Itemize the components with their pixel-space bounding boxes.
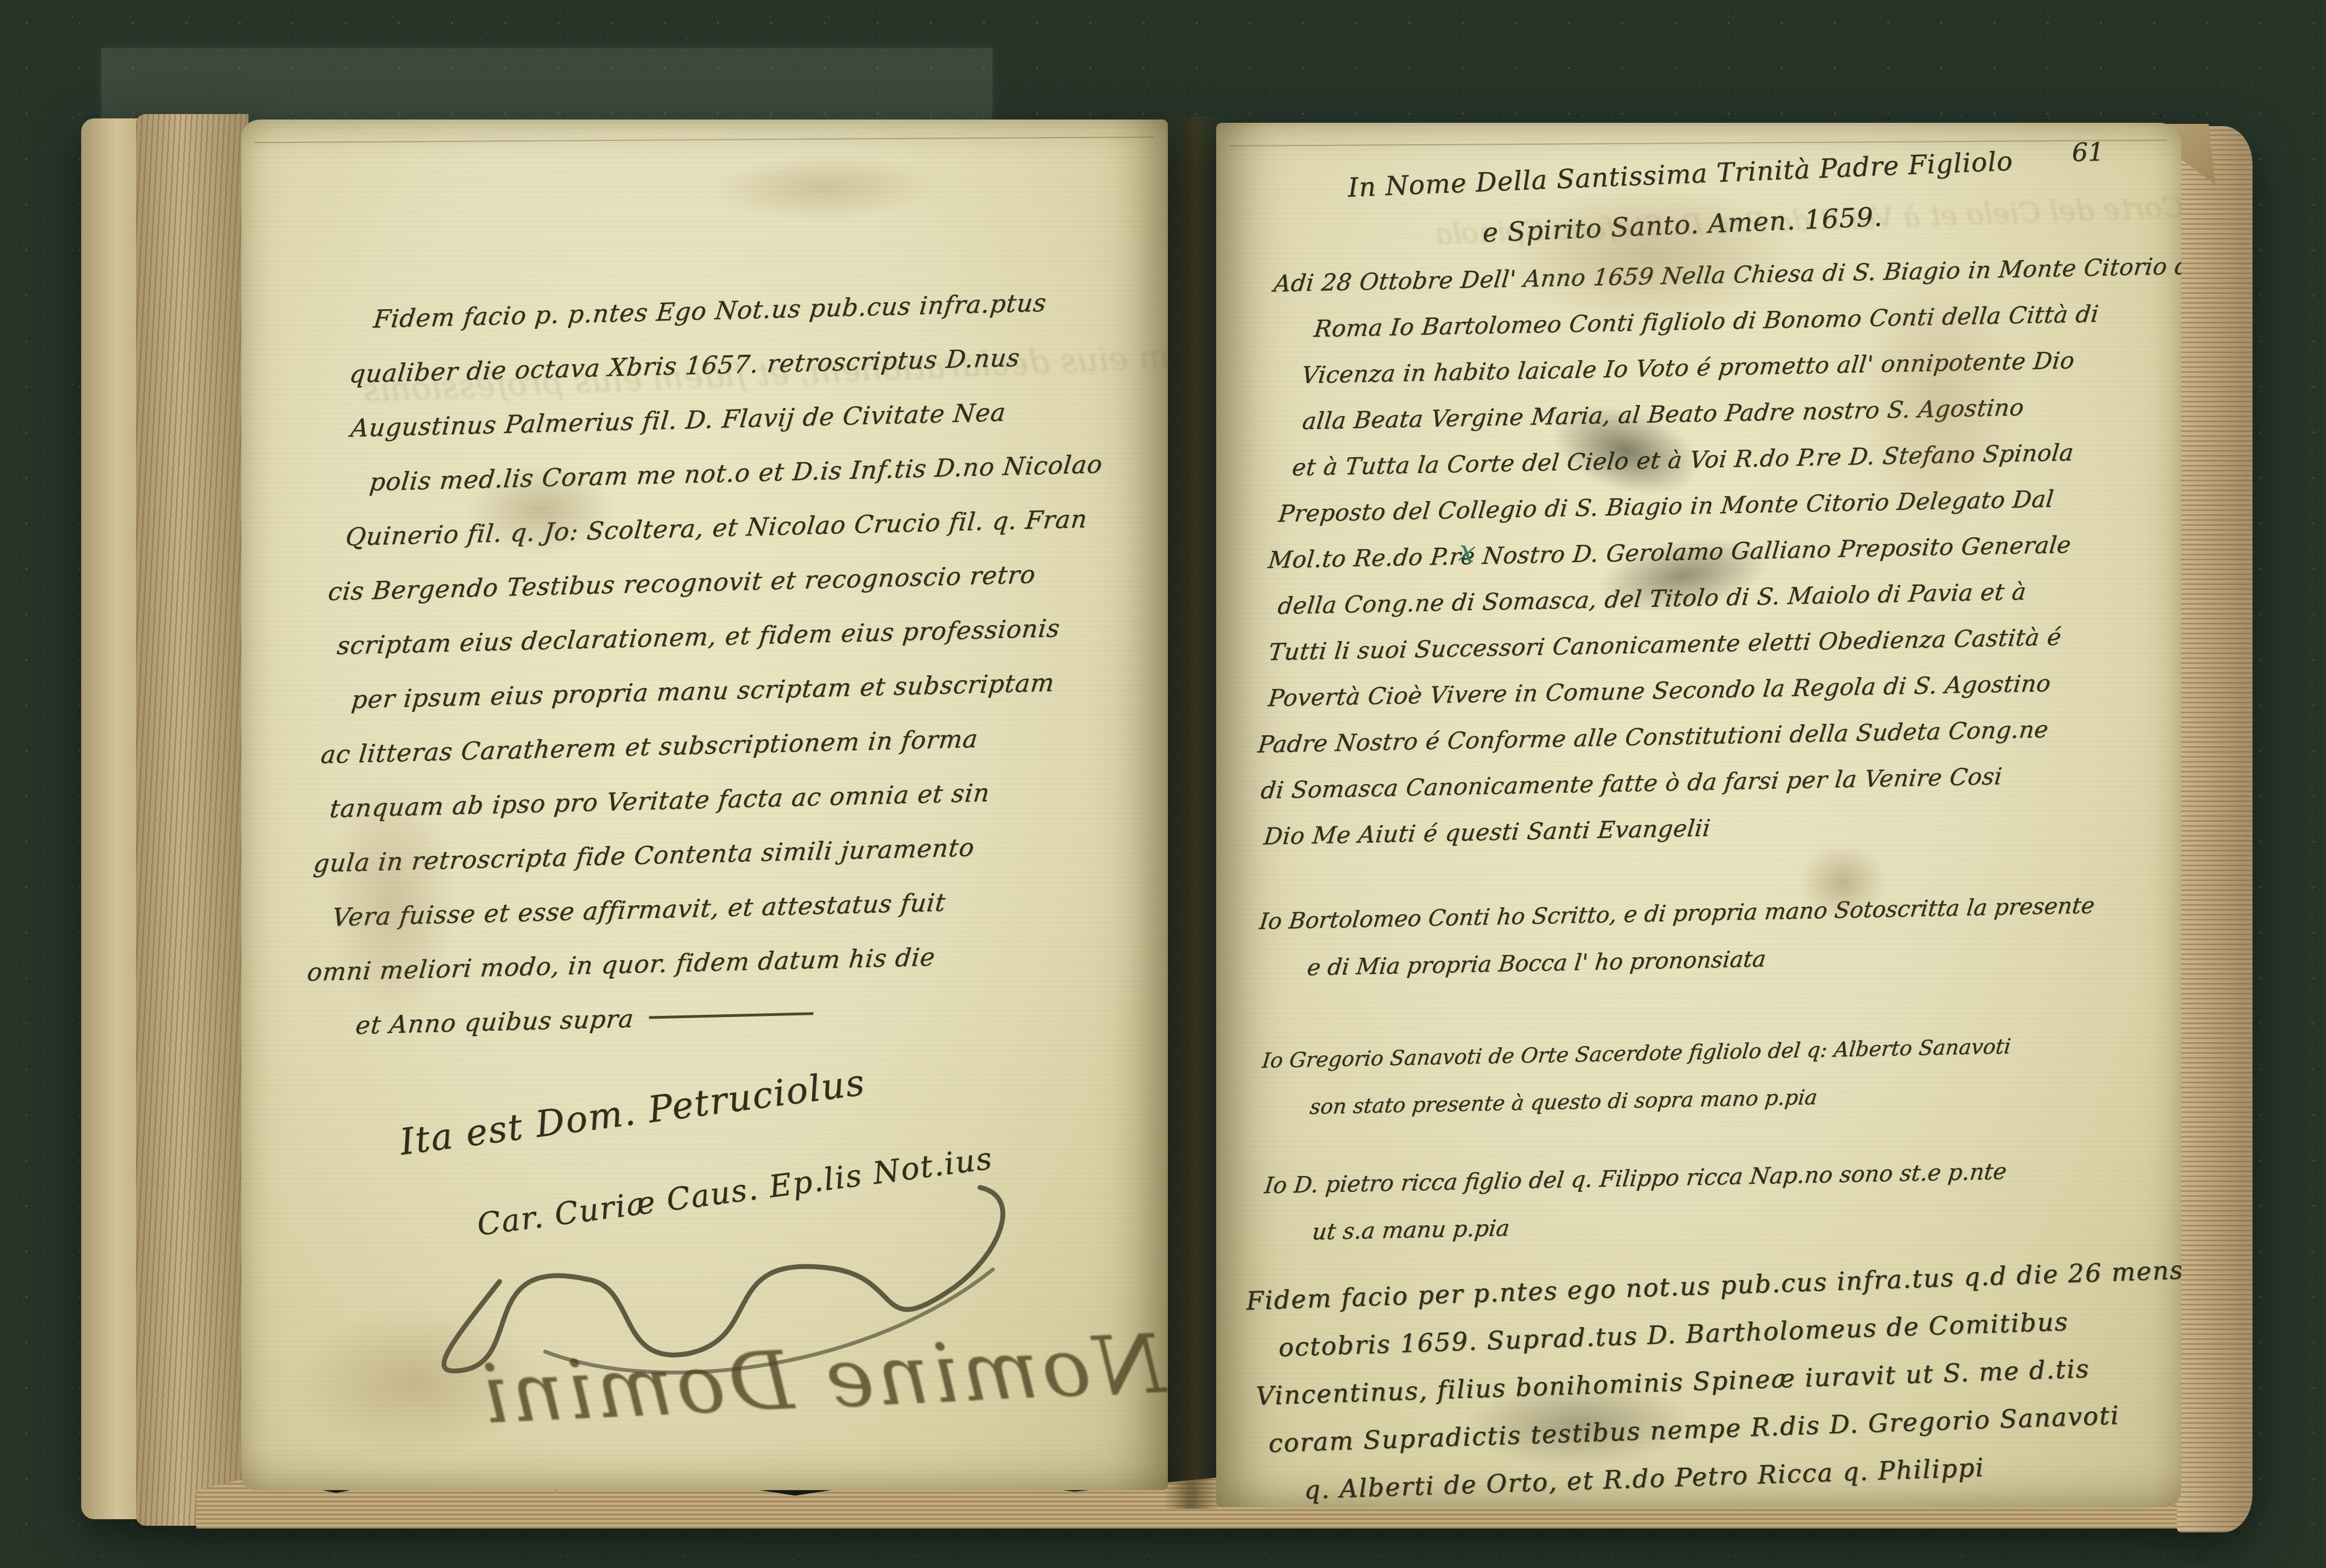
attestation-pietro: Io D. pietro ricca figlio del q. Filippo…: [1257, 1145, 2166, 1257]
attestation-bortolomeo: Io Bortolomeo Conti ho Scritto, e di pro…: [1252, 880, 2161, 992]
open-manuscript-book: Fidem facio p. p.ntes Ego Not.us pub.cus…: [81, 111, 2254, 1536]
notarial-latin-block: Fidem facio per p.ntes ego not.us pub.cu…: [1245, 1247, 2174, 1507]
stain: [708, 152, 940, 223]
book-gutter: [1164, 116, 1219, 1509]
left-page: Fidem facio p. p.ntes Ego Not.us pub.cus…: [241, 120, 1168, 1490]
right-page-content: 61 In Nome Della Santissima Trinità Padr…: [1216, 123, 2181, 1507]
manuscript-photo: Fidem facio p. p.ntes Ego Not.us pub.cus…: [0, 0, 2326, 1568]
vow-text: Adi 28 Ottobre Dell' Anno 1659 Nella Chi…: [1251, 244, 2180, 861]
page-block-edge-left: [136, 114, 248, 1526]
right-page: 61 In Nome Della Santissima Trinità Padr…: [1216, 123, 2181, 1507]
ink-bleedthrough-mirror-text: Nomine Domini: [276, 1316, 1167, 1451]
left-page-content: Fidem facio p. p.ntes Ego Not.us pub.cus…: [241, 120, 1168, 1490]
page-block-edge-right: [2177, 126, 2253, 1532]
attestation-gregorio: Io Gregorio Sanavoti de Orte Sacerdote f…: [1255, 1020, 2164, 1132]
